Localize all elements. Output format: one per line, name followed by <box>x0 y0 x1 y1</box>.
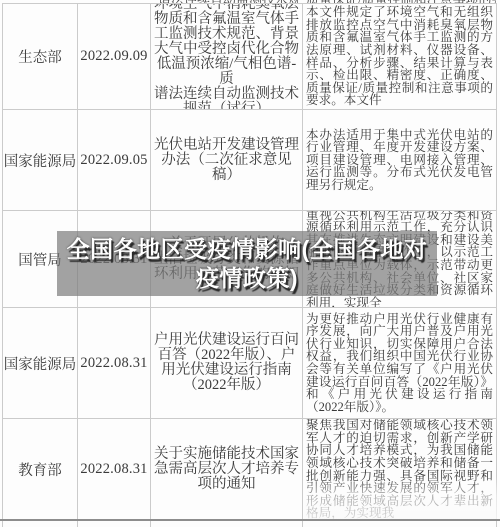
fade-overlay <box>304 476 497 519</box>
doc-summary-text: 为更好推动户用光伏行业健康有序发展，向广大用户普及户用光伏行业知识，切实保障用户… <box>306 313 493 414</box>
empty-cell <box>151 521 303 527</box>
department-cell: 国家能源局 <box>3 308 78 419</box>
date-cell: 2022.08.31 <box>78 419 151 521</box>
date-cell: 2022.09.09 <box>78 4 151 110</box>
table-row: 生态部 2022.09.09 环境空气中消耗臭氧层 物质和含氟温室气体手 工监测… <box>3 4 497 110</box>
policy-table-screenshot: 谱法连续自动监测技术规范 质量保证/质量控制和注意事项的要求。本文件 生态部 2… <box>0 0 500 527</box>
date-cell: 2022.08.31 <box>78 308 151 419</box>
doc-summary-text: 本办法适用于集中式光伏电站的行业管理、年度开发建设方案、项目建设管理、电网接入管… <box>306 129 493 192</box>
table-row-partial <box>3 521 497 527</box>
department-cell: 生态部 <box>3 4 78 110</box>
department-cell: 国家能源局 <box>3 110 78 211</box>
doc-summary-cell: 本办法适用于集中式光伏电站的行业管理、年度开发建设方案、项目建设管理、电网接入管… <box>303 110 497 211</box>
doc-title-cell: 光伏电站开发建设管理 办法（二次征求意见 稿） <box>151 110 303 211</box>
doc-summary-cell: 本文件规定了环境空气和无组织排放监控点空气中消耗臭氧层物质和含氟温室气体手工监测… <box>303 4 497 110</box>
doc-summary-cell: 为更好推动户用光伏行业健康有序发展，向广大用户普及户用光伏行业知识，切实保障用户… <box>303 308 497 419</box>
bottom-divider <box>0 519 500 521</box>
doc-title-cell: 户用光伏建设运行百问 百答（2022年版）、户 用光伏建设运行指南 （2022年… <box>151 308 303 419</box>
doc-title-cell: 环境空气中消耗臭氧层 物质和含氟温室气体手 工监测技术规范、背景 大气中受控卤代… <box>151 4 303 110</box>
empty-cell <box>303 521 497 527</box>
date-cell: 2022.09.05 <box>78 110 151 211</box>
table-row: 国家能源局 2022.09.05 光伏电站开发建设管理 办法（二次征求意见 稿）… <box>3 110 497 211</box>
table-row: 国家能源局 2022.08.31 户用光伏建设运行百问 百答（2022年版）、户… <box>3 308 497 419</box>
watermark-overlay: 全国各地区受疫情影响(全国各地对疫情政策) <box>57 231 437 296</box>
watermark-title: 全国各地区受疫情影响(全国各地对疫情政策) <box>57 235 437 293</box>
empty-cell <box>3 521 78 527</box>
doc-summary-text: 本文件规定了环境空气和无组织排放监控点空气中消耗臭氧层物质和含氟温室气体手工监测… <box>306 6 493 107</box>
department-cell: 教育部 <box>3 419 78 521</box>
empty-cell <box>78 521 151 527</box>
doc-title-cell: 关于实施储能技术国家 急需高层次人才培养专 项的通知 <box>151 419 303 521</box>
